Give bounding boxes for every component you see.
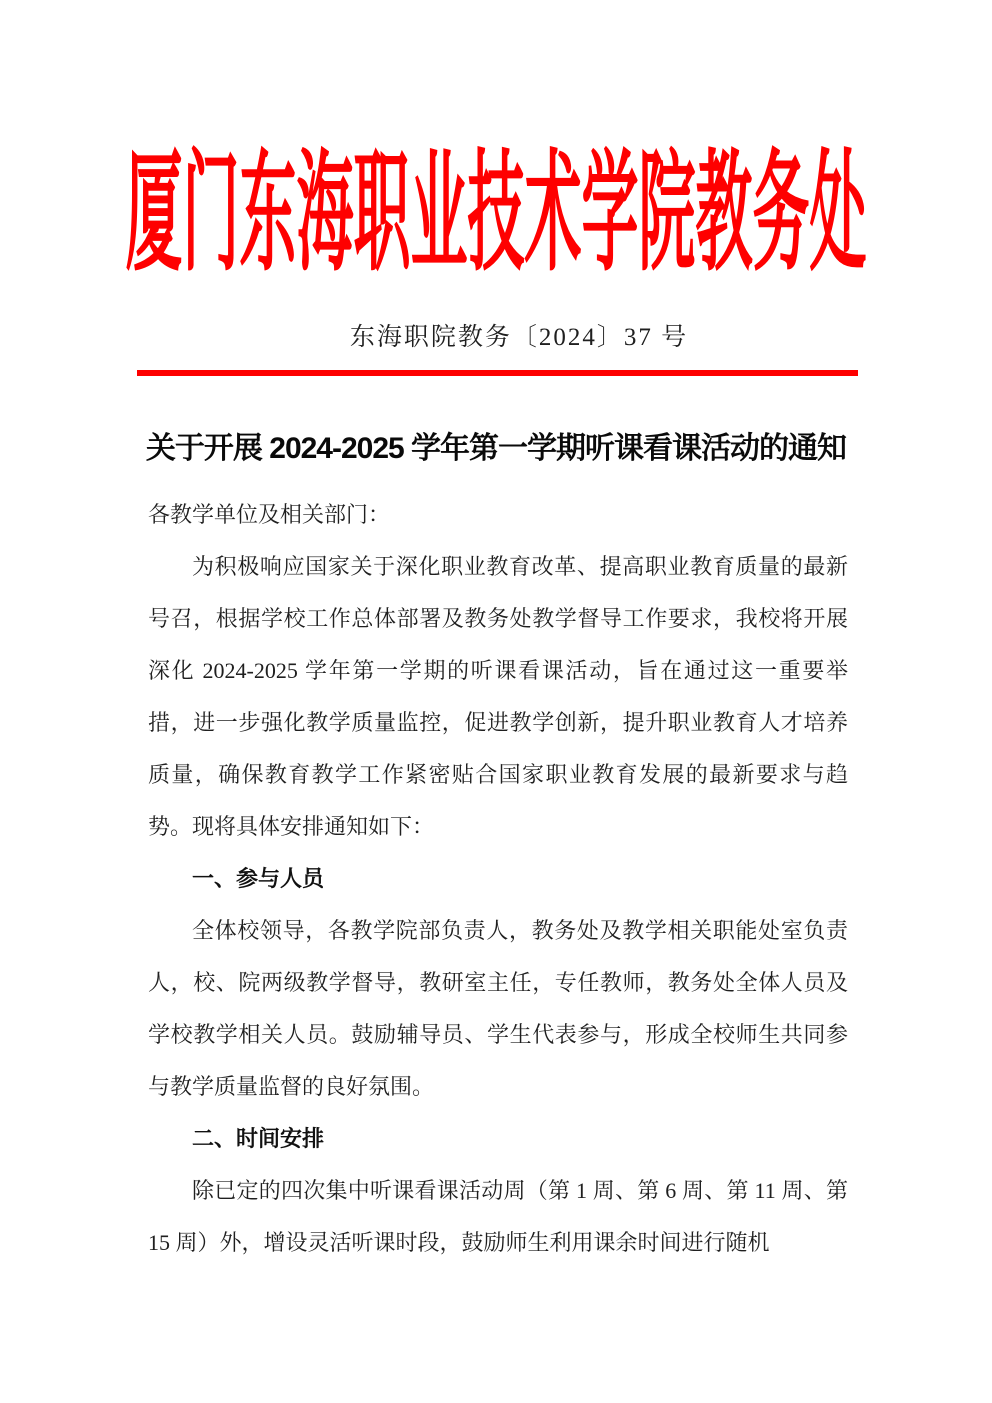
salutation-line: 各教学单位及相关部门： [148,489,848,541]
participants-paragraph: 全体校领导，各教学院部负责人，教务处及教学相关职能处室负责人，校、院两级教学督导… [148,905,848,1113]
document-page: 厦门东海职业技术学院教务处 东海职院教务〔2024〕37 号 关于开展 2024… [0,0,992,1403]
agency-masthead-title: 厦门东海职业技术学院教务处 [126,150,867,281]
masthead-container: 厦门东海职业技术学院教务处 [0,150,992,207]
section-heading-schedule: 二、时间安排 [148,1113,848,1165]
document-title: 关于开展 2024-2025 学年第一学期听课看课活动的通知 [0,430,992,468]
section-heading-participants: 一、参与人员 [148,853,848,905]
schedule-paragraph: 除已定的四次集中听课看课活动周（第 1 周、第 6 周、第 11 周、第 15 … [148,1165,848,1269]
document-body: 各教学单位及相关部门： 为积极响应国家关于深化职业教育改革、提高职业教育质量的最… [148,489,848,1269]
intro-paragraph: 为积极响应国家关于深化职业教育改革、提高职业教育质量的最新号召，根据学校工作总体… [148,541,848,853]
document-reference-number: 东海职院教务〔2024〕37 号 [23,320,992,356]
header-divider-rule [137,370,858,376]
